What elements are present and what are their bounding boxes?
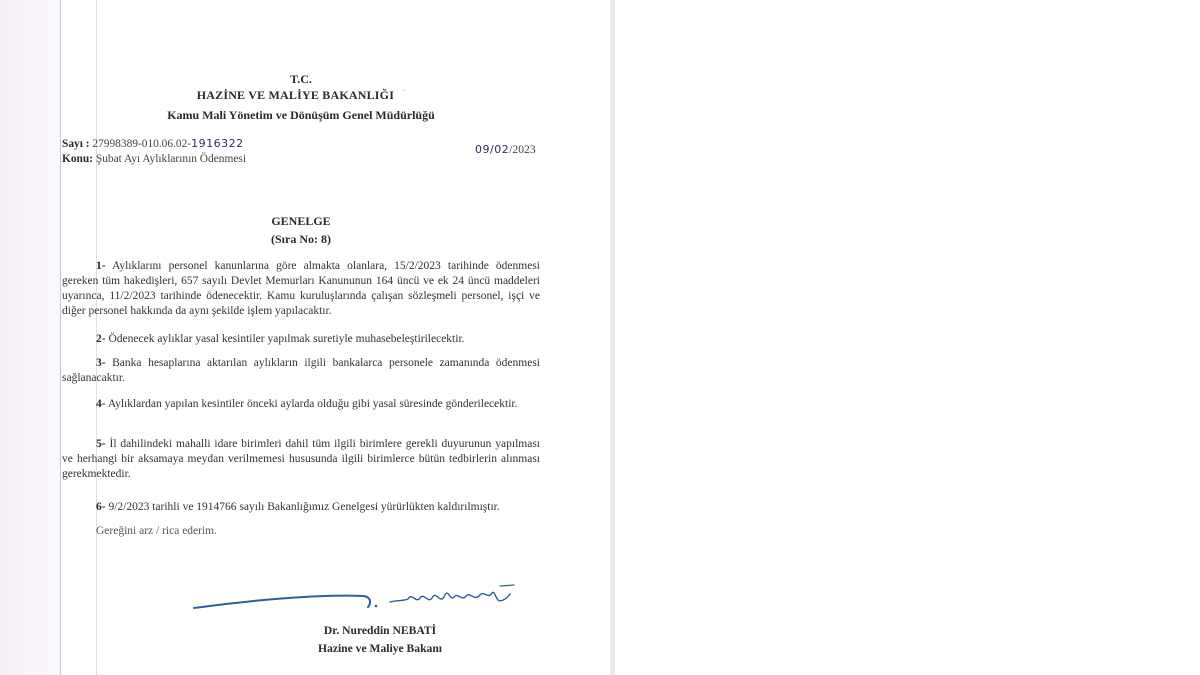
subject-line: Konu: Şubat Ayı Aylıklarının Ödenmesi: [62, 153, 246, 165]
paragraph-text: Aylıklardan yapılan kesintiler önceki ay…: [108, 398, 518, 410]
konu-value: Şubat Ayı Aylıklarının Ödenmesi: [96, 153, 246, 165]
paragraph-3: 3- Banka hesaplarına aktarılan aylıkları…: [62, 356, 540, 386]
ministry-name: HAZİNE VE MALİYE BAKANLIĞI: [197, 88, 394, 102]
closing-line: Gereğini arz / rica ederim.: [96, 525, 217, 537]
paragraph-1: 1- Aylıklarını personel kanunlarına göre…: [62, 259, 540, 319]
header-ministry: HAZİNE VE MALİYE BAKANLIĞI´: [62, 88, 540, 103]
header-country: T.C.: [62, 72, 540, 87]
reference-number: Sayı : 27998389-010.06.02-1916322: [62, 137, 244, 150]
paragraph-text: Banka hesaplarına aktarılan aylıkların i…: [62, 357, 540, 384]
sayi-handwritten: 1916322: [191, 137, 244, 150]
document-title: GENELGE: [62, 214, 540, 229]
paragraph-number: 4-: [96, 398, 106, 410]
date-handwritten: 09/02: [475, 143, 509, 156]
handwritten-signature: [192, 580, 532, 620]
document-date: 09/02/2023: [475, 143, 536, 156]
paragraph-number: 1-: [96, 260, 106, 272]
circular-document: T.C. HAZİNE VE MALİYE BAKANLIĞI´ Kamu Ma…: [62, 0, 540, 675]
paragraph-number: 2-: [96, 333, 106, 345]
document-sequence: (Sıra No: 8): [62, 232, 540, 247]
paragraph-2: 2- Ödenecek aylıklar yasal kesintiler ya…: [62, 332, 540, 347]
paragraph-text: İl dahilindeki mahalli idare birimleri d…: [62, 438, 540, 480]
scan-background-left: [0, 0, 60, 675]
signer-name: Dr. Nureddin NEBATİ: [300, 624, 460, 637]
sayi-label: Sayı :: [62, 138, 90, 150]
paragraph-number: 6-: [96, 501, 106, 513]
konu-label: Konu:: [62, 153, 93, 165]
paragraph-number: 5-: [96, 438, 106, 450]
paragraph-text: Aylıklarını personel kanunlarına göre al…: [62, 260, 540, 317]
paragraph-text: 9/2/2023 tarihli ve 1914766 sayılı Bakan…: [108, 501, 499, 513]
signer-title: Hazine ve Maliye Bakanı: [300, 642, 460, 655]
paragraph-6: 6- 9/2/2023 tarihli ve 1914766 sayılı Ba…: [62, 500, 540, 515]
header-department: Kamu Mali Yönetim ve Dönüşüm Genel Müdür…: [62, 108, 540, 123]
paragraph-number: 3-: [96, 357, 106, 369]
paragraph-4: 4- Aylıklardan yapılan kesintiler önceki…: [62, 397, 540, 412]
page-left-edge: [60, 0, 61, 675]
paragraph-text: Ödenecek aylıklar yasal kesintiler yapıl…: [108, 333, 464, 345]
sayi-printed: 27998389-010.06.02-: [92, 138, 191, 150]
paragraph-5: 5- İl dahilindeki mahalli idare birimler…: [62, 437, 540, 482]
scan-speck: ´: [402, 88, 405, 98]
date-printed: /2023: [509, 143, 535, 156]
page-right-edge: [610, 0, 615, 675]
